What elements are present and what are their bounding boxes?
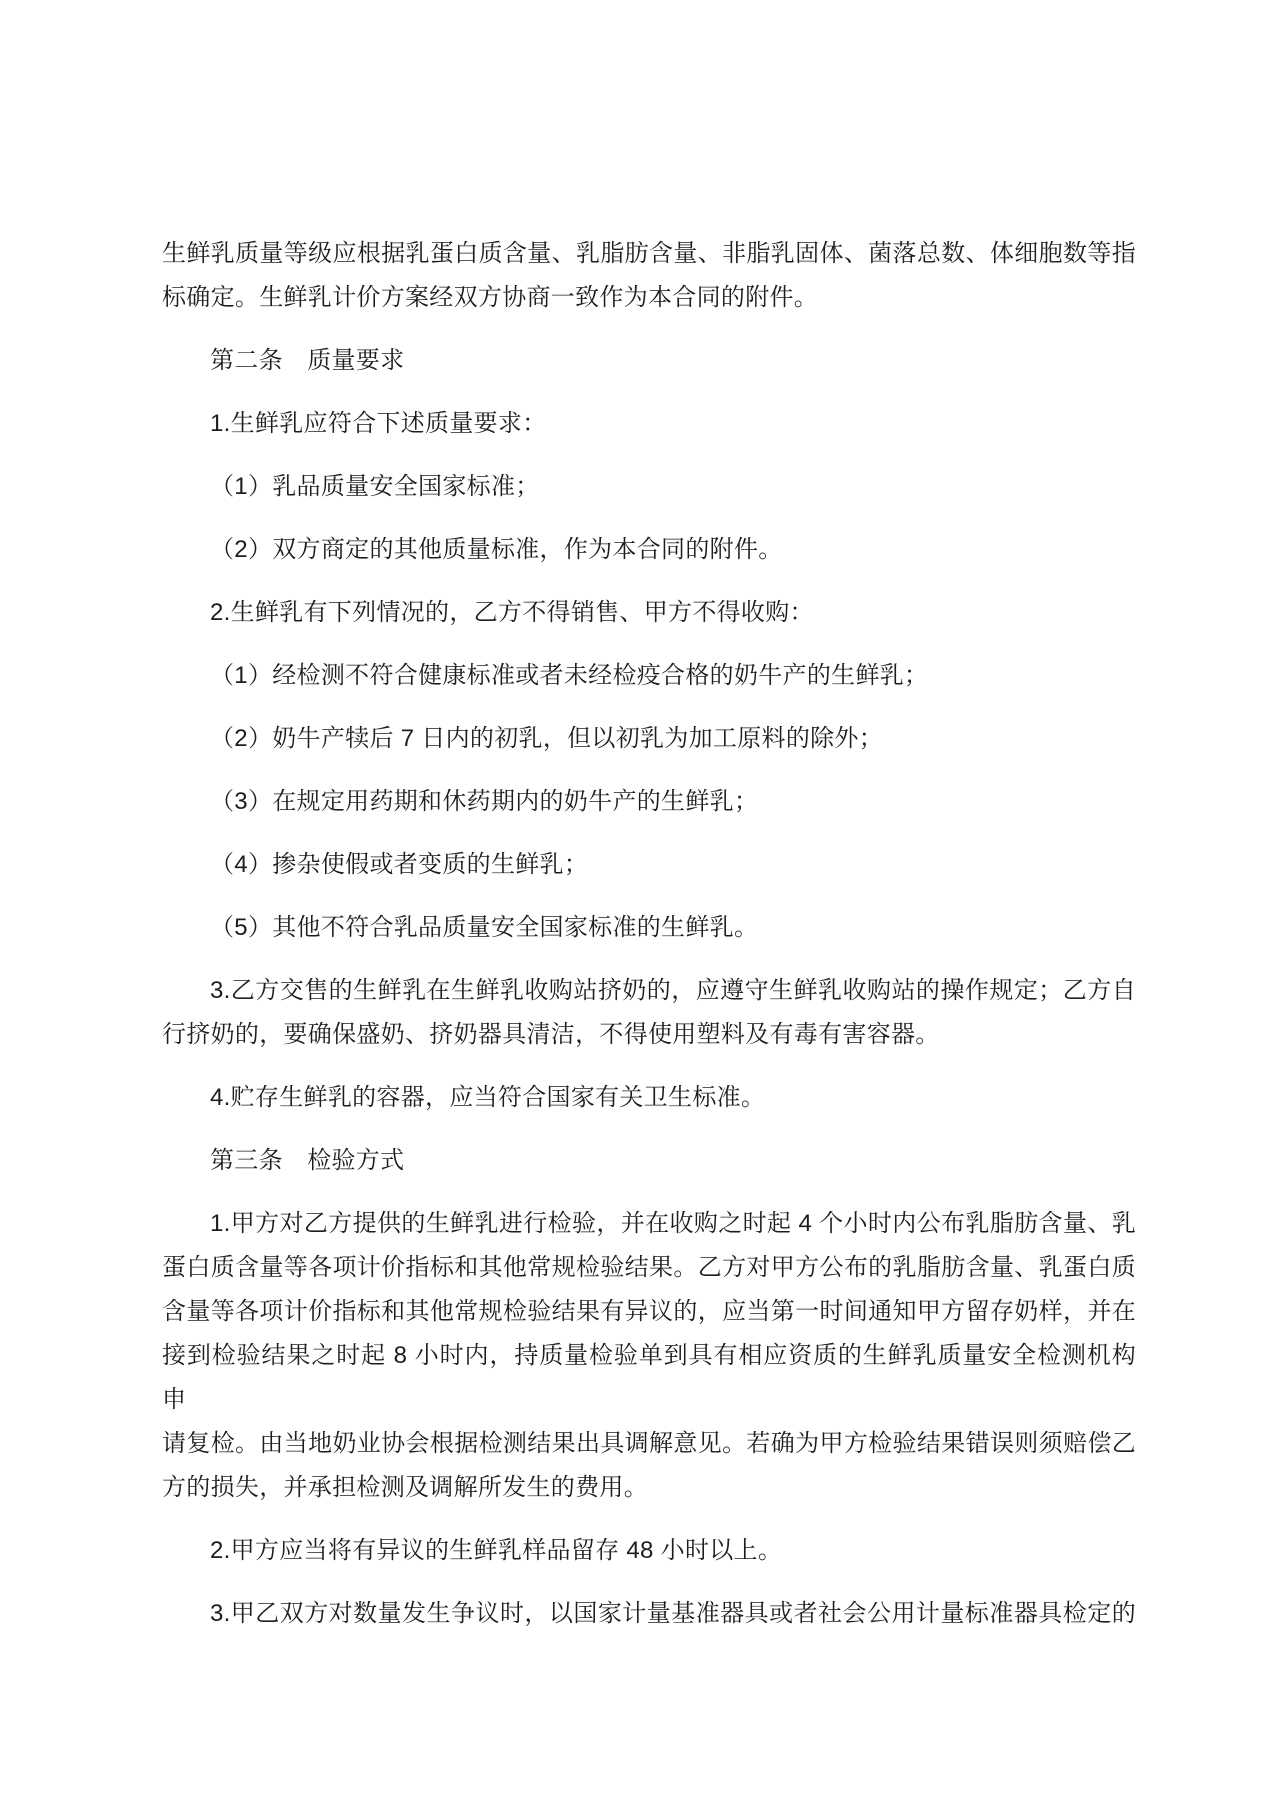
- clause-quality-2: 2.生鲜乳有下列情况的，乙方不得销售、甲方不得收购：: [162, 591, 1136, 635]
- clause-inspection-1: 1.甲方对乙方提供的生鲜乳进行检验，并在收购之时起 4 个小时内公布乳脂肪含量、…: [162, 1202, 1136, 1510]
- section-heading: 第二条 质量要求: [162, 339, 1136, 383]
- text-line: 3.甲乙双方对数量发生争议时，以国家计量基准器具或者社会公用计量标准器具检定的: [162, 1592, 1136, 1636]
- text-line: 蛋白质含量等各项计价指标和其他常规检验结果。乙方对甲方公布的乳脂肪含量、乳蛋白质: [162, 1246, 1136, 1290]
- paragraph-continuation: 生鲜乳质量等级应根据乳蛋白质含量、乳脂肪含量、非脂乳固体、菌落总数、体细胞数等指…: [162, 232, 1136, 320]
- text-line: （4）掺杂使假或者变质的生鲜乳；: [162, 843, 1136, 887]
- prohibited-list-item-3: （3）在规定用药期和休药期内的奶牛产的生鲜乳；: [162, 780, 1136, 824]
- prohibited-list-item-2: （2）奶牛产犊后 7 日内的初乳，但以初乳为加工原料的除外；: [162, 717, 1136, 761]
- text-line: 含量等各项计价指标和其他常规检验结果有异议的，应当第一时间通知甲方留存奶样，并在: [162, 1290, 1136, 1334]
- text-line: 接到检验结果之时起 8 小时内，持质量检验单到具有相应资质的生鲜乳质量安全检测机…: [162, 1334, 1136, 1422]
- text-line: 2.甲方应当将有异议的生鲜乳样品留存 48 小时以上。: [162, 1529, 1136, 1573]
- text-line: （5）其他不符合乳品质量安全国家标准的生鲜乳。: [162, 906, 1136, 950]
- text-line: （1）乳品质量安全国家标准；: [162, 465, 1136, 509]
- article-2-heading: 第二条 质量要求: [162, 339, 1136, 383]
- text-line: 4.贮存生鲜乳的容器，应当符合国家有关卫生标准。: [162, 1076, 1136, 1120]
- clause-quality-3: 3.乙方交售的生鲜乳在生鲜乳收购站挤奶的，应遵守生鲜乳收购站的操作规定；乙方自 …: [162, 969, 1136, 1057]
- text-line: 标确定。生鲜乳计价方案经双方协商一致作为本合同的附件。: [162, 276, 1136, 320]
- document-page: 生鲜乳质量等级应根据乳蛋白质含量、乳脂肪含量、非脂乳固体、菌落总数、体细胞数等指…: [0, 0, 1280, 1810]
- text-line: 请复检。由当地奶业协会根据检测结果出具调解意见。若确为甲方检验结果错误则须赔偿乙: [162, 1422, 1136, 1466]
- text-line: 2.生鲜乳有下列情况的，乙方不得销售、甲方不得收购：: [162, 591, 1136, 635]
- text-line: 3.乙方交售的生鲜乳在生鲜乳收购站挤奶的，应遵守生鲜乳收购站的操作规定；乙方自: [162, 969, 1136, 1013]
- clause-inspection-3: 3.甲乙双方对数量发生争议时，以国家计量基准器具或者社会公用计量标准器具检定的: [162, 1592, 1136, 1636]
- text-line: （1）经检测不符合健康标准或者未经检疫合格的奶牛产的生鲜乳；: [162, 654, 1136, 698]
- clause-quality-1: 1.生鲜乳应符合下述质量要求：: [162, 402, 1136, 446]
- clause-inspection-2: 2.甲方应当将有异议的生鲜乳样品留存 48 小时以上。: [162, 1529, 1136, 1573]
- text-line: （2）奶牛产犊后 7 日内的初乳，但以初乳为加工原料的除外；: [162, 717, 1136, 761]
- text-line: （3）在规定用药期和休药期内的奶牛产的生鲜乳；: [162, 780, 1136, 824]
- contract-text: 生鲜乳质量等级应根据乳蛋白质含量、乳脂肪含量、非脂乳固体、菌落总数、体细胞数等指…: [0, 0, 1280, 1636]
- prohibited-list-item-5: （5）其他不符合乳品质量安全国家标准的生鲜乳。: [162, 906, 1136, 950]
- prohibited-list-item-1: （1）经检测不符合健康标准或者未经检疫合格的奶牛产的生鲜乳；: [162, 654, 1136, 698]
- text-line: 生鲜乳质量等级应根据乳蛋白质含量、乳脂肪含量、非脂乳固体、菌落总数、体细胞数等指: [162, 232, 1136, 276]
- text-line: 方的损失，并承担检测及调解所发生的费用。: [162, 1466, 1136, 1510]
- prohibited-list-item-4: （4）掺杂使假或者变质的生鲜乳；: [162, 843, 1136, 887]
- clause-quality-4: 4.贮存生鲜乳的容器，应当符合国家有关卫生标准。: [162, 1076, 1136, 1120]
- text-line: 1.甲方对乙方提供的生鲜乳进行检验，并在收购之时起 4 个小时内公布乳脂肪含量、…: [162, 1202, 1136, 1246]
- quality-list-item-2: （2）双方商定的其他质量标准，作为本合同的附件。: [162, 528, 1136, 572]
- text-line: （2）双方商定的其他质量标准，作为本合同的附件。: [162, 528, 1136, 572]
- text-line: 1.生鲜乳应符合下述质量要求：: [162, 402, 1136, 446]
- section-heading: 第三条 检验方式: [162, 1139, 1136, 1183]
- quality-list-item-1: （1）乳品质量安全国家标准；: [162, 465, 1136, 509]
- text-line: 行挤奶的，要确保盛奶、挤奶器具清洁，不得使用塑料及有毒有害容器。: [162, 1013, 1136, 1057]
- article-3-heading: 第三条 检验方式: [162, 1139, 1136, 1183]
